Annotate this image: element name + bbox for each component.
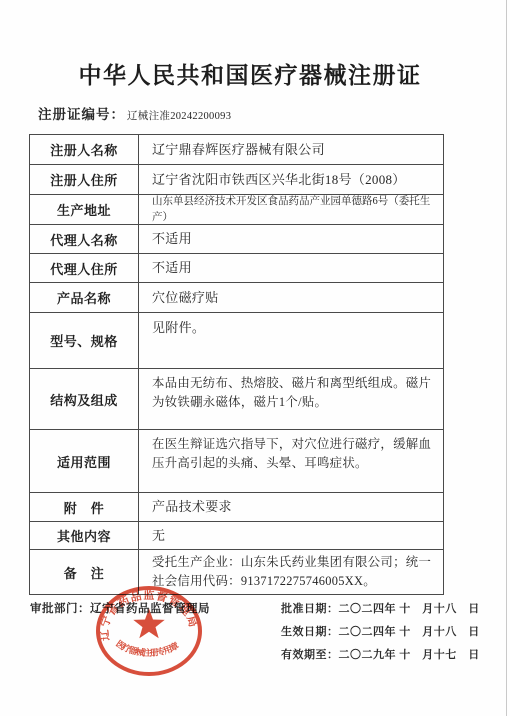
- row-label: 结构及组成: [30, 369, 139, 429]
- row-value: 产品技术要求: [139, 493, 443, 521]
- table-row: 代理人名称 不适用: [30, 225, 443, 254]
- row-value: 辽宁省沈阳市铁西区兴华北街18号（2008）: [139, 165, 443, 194]
- approval-date-value: 二〇二四年 十 月十八 日: [339, 603, 480, 615]
- row-label: 代理人住所: [30, 254, 139, 282]
- svg-text:医疗器械注册专用章: 医疗器械注册专用章: [114, 637, 181, 657]
- effective-date-label: 生效日期：: [281, 626, 339, 638]
- table-row: 适用范围 在医生辩证选穴指导下，对穴位进行磁疗，缓解血压升高引起的头痛、头晕、耳…: [30, 430, 443, 493]
- table-row: 其他内容 无: [30, 522, 443, 550]
- row-label: 产品名称: [30, 283, 139, 312]
- expiry-date-label: 有效期至：: [281, 649, 339, 661]
- row-label: 代理人名称: [30, 225, 139, 253]
- row-label: 注册人住所: [30, 165, 139, 194]
- certificate-table: 注册人名称 辽宁鼎春辉医疗器械有限公司 注册人住所 辽宁省沈阳市铁西区兴华北街1…: [29, 134, 444, 595]
- photo-page-edge: [506, 0, 507, 716]
- effective-date: 生效日期：二〇二四年 十 月十八 日: [281, 623, 480, 639]
- row-value: 不适用: [139, 254, 443, 282]
- table-row: 代理人住所 不适用: [30, 254, 443, 283]
- certificate-title: 中华人民共和国医疗器械注册证: [0, 57, 500, 90]
- row-value: 不适用: [139, 225, 443, 253]
- row-label: 生产地址: [30, 195, 139, 224]
- table-row: 生产地址 山东单县经济技术开发区食品药品产业园单德路6号（委托生产）: [30, 195, 443, 225]
- seal-bottom-text: 医疗器械注册专用章: [114, 637, 181, 657]
- table-row: 附 件 产品技术要求: [30, 493, 443, 522]
- row-value: 穴位磁疗贴: [139, 283, 443, 312]
- registration-number-value: 辽械注准20242200093: [127, 108, 231, 123]
- table-row: 注册人名称 辽宁鼎春辉医疗器械有限公司: [30, 135, 443, 165]
- registration-number-label: 注册证编号：: [38, 103, 125, 123]
- registration-number-line: 注册证编号： 辽械注准20242200093: [38, 103, 231, 123]
- row-value: 无: [139, 522, 443, 549]
- row-value: 在医生辩证选穴指导下，对穴位进行磁疗，缓解血压升高引起的头痛、头晕、耳鸣症状。: [139, 430, 443, 492]
- approval-date: 批准日期：二〇二四年 十 月十八 日: [281, 600, 480, 616]
- row-label: 其他内容: [30, 522, 139, 549]
- row-label: 型号、规格: [30, 313, 139, 368]
- row-label: 注册人名称: [30, 135, 139, 164]
- table-row: 产品名称 穴位磁疗贴: [30, 283, 443, 313]
- table-row: 型号、规格 见附件。: [30, 313, 443, 369]
- row-value: 山东单县经济技术开发区食品药品产业园单德路6号（委托生产）: [139, 195, 443, 224]
- row-value: 见附件。: [139, 313, 443, 368]
- row-value: 本品由无纺布、热熔胶、磁片和离型纸组成。磁片为钕铁硼永磁体，磁片1个/贴。: [139, 369, 443, 429]
- row-label: 适用范围: [30, 430, 139, 492]
- row-value: 辽宁鼎春辉医疗器械有限公司: [139, 135, 443, 164]
- approval-date-label: 批准日期：: [281, 603, 339, 615]
- expiry-date-value: 二〇二九年 十 月十七 日: [339, 649, 480, 661]
- table-row: 注册人住所 辽宁省沈阳市铁西区兴华北街18号（2008）: [30, 165, 443, 195]
- table-row: 备 注 受托生产企业：山东朱氏药业集团有限公司；统一社会信用代码：9137172…: [30, 550, 443, 594]
- seal-star-icon: [133, 609, 164, 639]
- official-seal: 辽宁省药品监督管理局 医疗器械注册专用章: [93, 584, 205, 680]
- expiry-date: 有效期至：二〇二九年 十 月十七 日: [281, 646, 480, 662]
- row-label: 附 件: [30, 493, 139, 521]
- table-row: 结构及组成 本品由无纺布、热熔胶、磁片和离型纸组成。磁片为钕铁硼永磁体，磁片1个…: [30, 369, 443, 430]
- effective-date-value: 二〇二四年 十 月十八 日: [339, 626, 480, 638]
- date-block: 批准日期：二〇二四年 十 月十八 日 生效日期：二〇二四年 十 月十八 日 有效…: [281, 600, 480, 669]
